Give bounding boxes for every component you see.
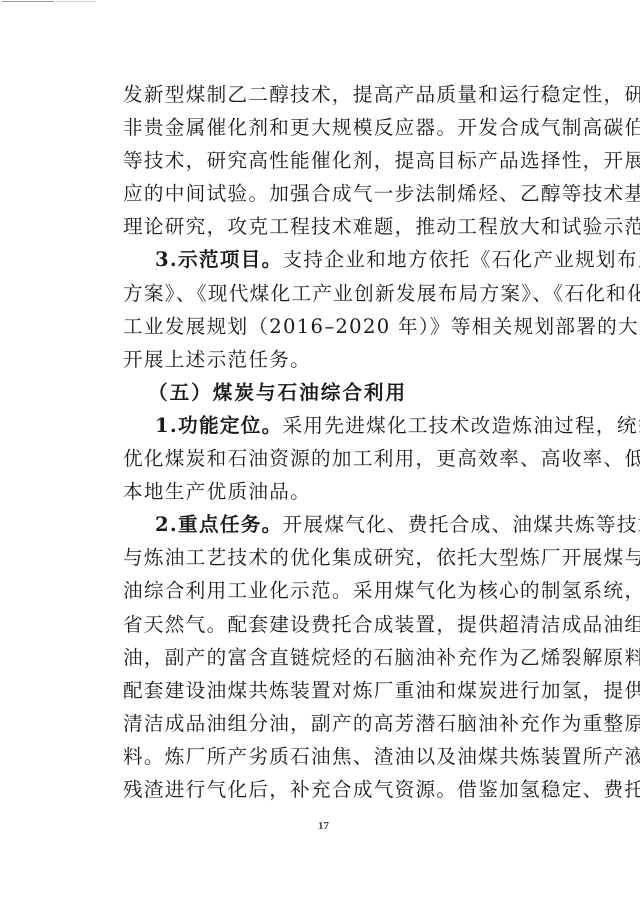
- paragraph-line: 油，副产的富含直链烷烃的石脑油补充作为乙烯裂解原料。: [123, 641, 545, 674]
- item-heading-line: 2.重点任务。开展煤气化、费托合成、油煤共炼等技术: [123, 508, 545, 541]
- paragraph-line: 省天然气。配套建设费托合成装置，提供超清洁成品油组分: [123, 608, 545, 641]
- paragraph-line: 与炼油工艺技术的优化集成研究，依托大型炼厂开展煤与石: [123, 541, 545, 574]
- paragraph-line: 开展上述示范任务。: [123, 343, 545, 376]
- item-text: 开展煤气化、费托合成、油煤共炼等技术: [283, 513, 640, 536]
- paragraph-line: 优化煤炭和石油资源的加工利用，更高效率、高收率、低成: [123, 442, 545, 475]
- item-label-demo-projects: 3.示范项目。: [155, 248, 283, 271]
- section-heading: （五）煤炭与石油综合利用: [123, 376, 545, 409]
- item-label-positioning: 1.功能定位。: [155, 414, 283, 437]
- paragraph-line: 配套建设油煤共炼装置对炼厂重油和煤炭进行加氢，提供超: [123, 674, 545, 707]
- paragraph-line: 等技术，研究高性能催化剂，提高目标产品选择性，开展相: [123, 144, 545, 177]
- paragraph-line: 发新型煤制乙二醇技术，提高产品质量和运行稳定性，研究: [123, 78, 545, 111]
- paragraph-line: 应的中间试验。加强合成气一步法制烯烃、乙醇等技术基础: [123, 177, 545, 210]
- paragraph-line: 油综合利用工业化示范。采用煤气化为核心的制氢系统，节: [123, 574, 545, 607]
- paragraph-line: 理论研究，攻克工程技术难题，推动工程放大和试验示范。: [123, 210, 545, 243]
- paragraph-line: 方案》、《现代煤化工产业创新发展布局方案》、《石化和化学: [123, 277, 545, 310]
- scan-artifact-line: [56, 1, 96, 2]
- scan-artifact-line: [2, 1, 54, 2]
- paragraph-line: 工业发展规划（2016–2020 年）》等相关规划部署的大型工程，: [123, 310, 545, 343]
- document-body: 发新型煤制乙二醇技术，提高产品质量和运行稳定性，研究 非贵金属催化剂和更大规模反…: [123, 78, 545, 806]
- item-text: 采用先进煤化工技术改造炼油过程，统筹: [283, 414, 640, 437]
- page-number: 17: [318, 820, 329, 832]
- item-heading-line: 1.功能定位。采用先进煤化工技术改造炼油过程，统筹: [123, 409, 545, 442]
- item-text: 支持企业和地方依托《石化产业规划布局: [283, 248, 640, 271]
- paragraph-line: 非贵金属催化剂和更大规模反应器。开发合成气制高碳伯醇: [123, 111, 545, 144]
- item-label-key-tasks: 2.重点任务。: [155, 513, 283, 536]
- paragraph-line: 料。炼厂所产劣质石油焦、渣油以及油煤共炼装置所产液化: [123, 740, 545, 773]
- paragraph-line: 本地生产优质油品。: [123, 475, 545, 508]
- paragraph-line: 残渣进行气化后，补充合成气资源。借鉴加氢稳定、费托合: [123, 773, 545, 806]
- item-heading-line: 3.示范项目。支持企业和地方依托《石化产业规划布局: [123, 243, 545, 276]
- paragraph-line: 清洁成品油组分油，副产的高芳潜石脑油补充作为重整原: [123, 707, 545, 740]
